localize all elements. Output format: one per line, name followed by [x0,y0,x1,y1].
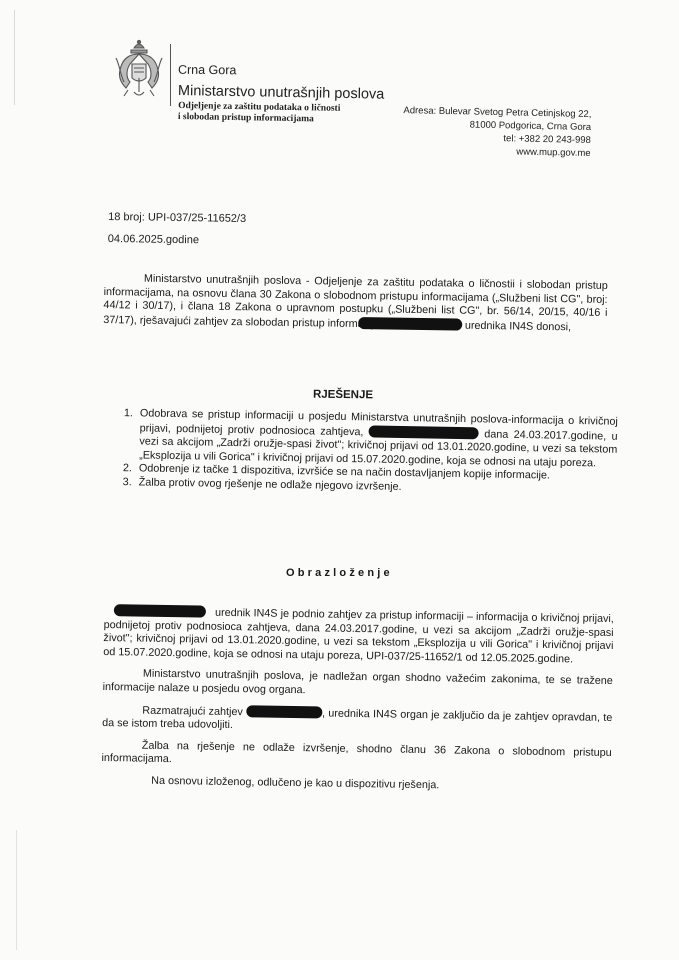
scan-edge-artifact [14,10,15,105]
intro-text-end: urednika IN4S donosi, [465,319,571,333]
country-name: Crna Gora [178,63,236,78]
website: www.mup.gov.me [402,143,590,160]
scan-edge-artifact [16,830,17,950]
reasoning-paragraph-3: Razmatrajući zahtjev , urednika IN4S org… [102,703,612,739]
reasoning-section: urednik IN4S je podnio zahtjev za pristu… [101,604,614,804]
header-divider [170,44,171,106]
redaction-bar [358,317,462,331]
reasoning-heading: Obrazloženje [286,567,393,579]
decision-item-1: Odobrava se pristup informaciji u posjed… [135,407,618,471]
reasoning-paragraph-5: Na osnovu izloženog, odlučeno je kao u d… [101,774,611,796]
department-name: Odjeljenje za zaštitu podataka o ličnost… [178,101,341,126]
redaction-bar [114,604,206,617]
reasoning-paragraph-2: Ministarstvo unutrašnjih poslova, je nad… [103,667,613,702]
coat-of-arms-icon [114,38,164,100]
intro-paragraph: Ministarstvo unutrašnjih poslova - Odjel… [103,272,608,335]
decision-items: Odobrava se pristup informaciji u posjed… [117,407,618,498]
reference-number: 18 broj: UPI-037/25-11652/3 [108,206,246,230]
ministry-name: Ministarstvo unutrašnjih poslova [178,83,385,103]
document-reference: 18 broj: UPI-037/25-11652/3 04.06.2025.g… [108,206,247,252]
contact-address-block: Adresa: Bulevar Svetog Petra Cetinjskog … [402,104,591,160]
redaction-bar [369,425,479,439]
redaction-bar [246,705,322,718]
reference-date: 04.06.2025.godine [108,228,246,252]
decision-heading: RJEŠENJE [313,389,373,402]
reasoning-paragraph-4: Žalba na rješenje ne odlaže izvršenje, s… [101,739,611,774]
reasoning-paragraph-1: urednik IN4S je podnio zahtjev za pristu… [103,604,614,667]
scanned-document-page: Crna Gora Ministarstvo unutrašnjih poslo… [0,0,679,960]
